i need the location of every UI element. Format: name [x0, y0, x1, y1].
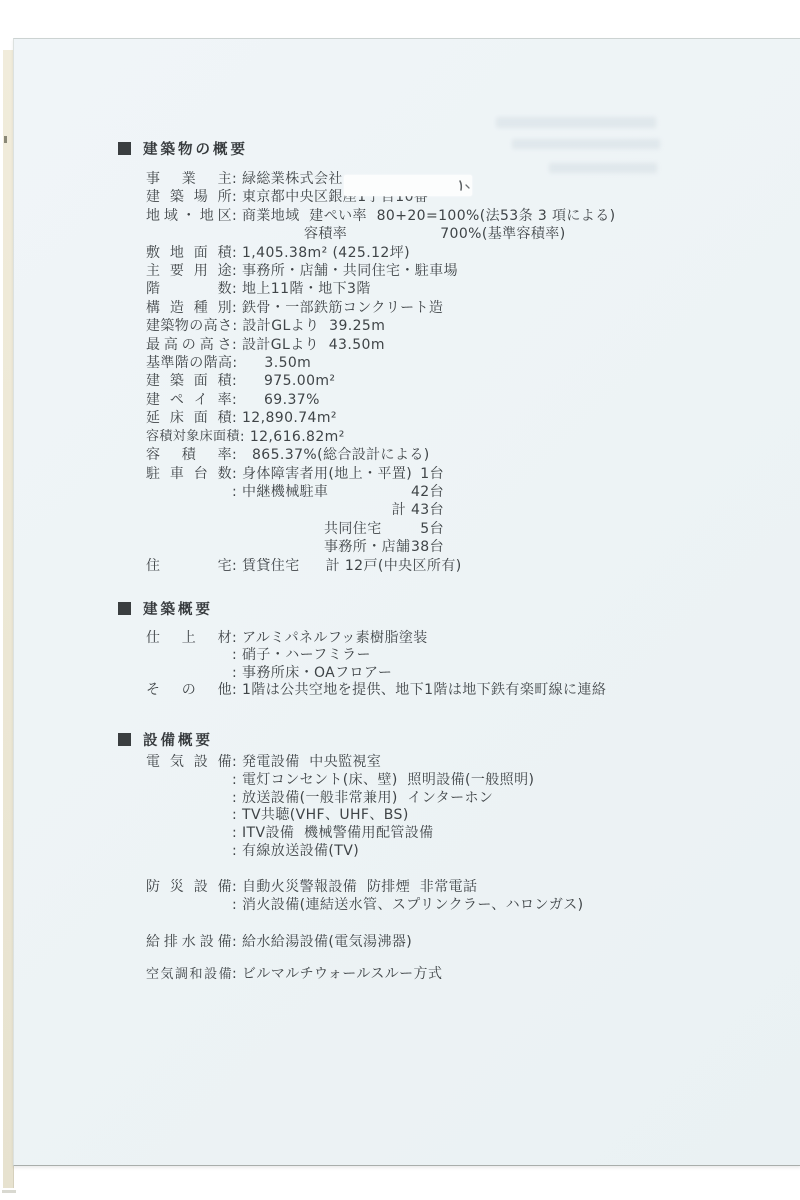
- pen-mark-icon: [456, 178, 472, 194]
- row-floor-area-ratio: 容積率 : 865.37%(総合設計による): [146, 446, 791, 464]
- parking-count: 42台: [411, 483, 444, 501]
- row-value: 地上11階・地下3階: [242, 280, 371, 298]
- square-bullet-icon: [118, 602, 131, 615]
- row-value-cell: : 自動火災警報設備 防排煙 非常電話 : 消火設備(連結送水管、スプリンクラー…: [232, 879, 791, 915]
- colon: :: [232, 790, 242, 808]
- colon: :: [232, 754, 242, 772]
- colon: :: [232, 170, 242, 188]
- row-value: TV共聴(VHF、UHF、BS): [242, 807, 409, 825]
- row-plumbing: 給排水設備 : 給水給湯設備(電気湯沸器): [146, 934, 791, 952]
- colon: :: [232, 280, 242, 298]
- parking-item: 共同住宅: [324, 520, 382, 538]
- row-housing: 住宅 : 賃貸住宅 計 12戸(中央区所有): [146, 557, 791, 575]
- row-value-cell: : 1,405.38m² (425.12坪): [232, 244, 791, 262]
- zoning-far-label: 容積率: [304, 225, 347, 243]
- row-label: 仕上材: [146, 630, 232, 647]
- bleed-through-artifact: [512, 139, 660, 149]
- row-far-floor-area: 容積対象床面積 : 12,616.82m²: [146, 428, 791, 446]
- parking-count: 1台: [420, 465, 444, 483]
- section-header-building-outline: 建築物の概要: [118, 138, 248, 159]
- colon: :: [232, 682, 242, 699]
- row-value-cell: : 12,616.82m²: [240, 428, 791, 446]
- parking-count: 38台: [411, 538, 444, 556]
- section-header-construction-outline: 建築概要: [118, 598, 213, 619]
- row-value: 硝子・ハーフミラー: [242, 647, 371, 664]
- row-value: 設計GLより 43.50m: [242, 336, 385, 354]
- colon: :: [232, 446, 242, 464]
- colon: :: [232, 772, 242, 790]
- row-parking: 駐車台数 : 身体障害者用(地上・平置) 1台 : 中継機械駐車 42台: [146, 465, 791, 557]
- colon: :: [232, 825, 242, 843]
- colon: :: [232, 630, 242, 647]
- colon-spacer: [232, 501, 242, 519]
- colon: :: [240, 428, 250, 446]
- row-value-cell: : 12,890.74m²: [232, 409, 791, 427]
- row-label: 建築面積: [146, 372, 232, 390]
- row-value-cell: : 975.00m²: [232, 372, 791, 390]
- row-value: 賃貸住宅: [242, 557, 300, 575]
- colon-spacer: [232, 225, 242, 243]
- parking-count: 5台: [420, 520, 444, 538]
- row-label: 基準階の階高: [146, 354, 232, 372]
- row-label: 防災設備: [146, 879, 232, 897]
- row-coverage-ratio: 建ペイ率 : 69.37%: [146, 391, 791, 409]
- row-label: 空気調和設備: [146, 966, 232, 984]
- colon: :: [232, 354, 242, 372]
- colon: :: [232, 188, 242, 206]
- row-value-cell: : 東京都中央区銀座1丁目10番: [232, 188, 791, 206]
- section-title: 設備概要: [143, 729, 213, 750]
- row-value: 給水給湯設備(電気湯沸器): [242, 934, 412, 952]
- row-label: 敷地面積: [146, 244, 232, 262]
- row-label: 事業主: [146, 170, 232, 188]
- paper-sheet: 建築物の概要 事業主 : 緑総業株式会社 建築場所 : 東京都中央区銀座1丁目1…: [13, 38, 800, 1166]
- row-value-cell: : 緑総業株式会社: [232, 170, 791, 188]
- row-building-height: 建築物の高さ : 設計GLより 39.25m: [146, 317, 791, 335]
- colon: :: [232, 262, 242, 280]
- colon: :: [232, 207, 242, 225]
- colon: :: [232, 299, 242, 317]
- row-value-cell: : 賃貸住宅 計 12戸(中央区所有): [232, 557, 791, 575]
- parking-item: 中継機械駐車: [242, 483, 328, 501]
- row-value-cell: : アルミパネルフッ素樹脂塗装 : 硝子・ハーフミラー : 事務所床・OAフロア…: [232, 630, 791, 682]
- row-label: その他: [146, 682, 232, 699]
- scan-speck: [2, 1190, 16, 1193]
- row-value: 975.00m²: [242, 372, 335, 390]
- row-others: その他 : 1階は公共空地を提供、地下1階は地下鉄有楽町線に連絡: [146, 682, 791, 699]
- colon: :: [232, 843, 242, 861]
- colon: :: [232, 244, 242, 262]
- row-max-height: 最高の高さ : 設計GLより 43.50m: [146, 336, 791, 354]
- row-value: 電灯コンセント(床、壁) 照明設備(一般照明): [242, 772, 534, 790]
- colon: :: [232, 465, 242, 483]
- row-value: ビルマルチウォールスルー方式: [242, 966, 442, 984]
- row-value-cell: : 商業地域 建ぺい率 80+20=100%(法53条 3 項による) 容積率 …: [232, 207, 791, 244]
- square-bullet-icon: [118, 142, 131, 155]
- row-label: 建ペイ率: [146, 391, 232, 409]
- parking-item: 身体障害者用(地上・平置): [242, 465, 412, 483]
- colon: :: [232, 317, 242, 335]
- row-label: 主要用途: [146, 262, 232, 280]
- row-value: 放送設備(一般非常兼用) インターホン: [242, 790, 493, 808]
- row-value-cell: : 給水給湯設備(電気湯沸器): [232, 934, 791, 952]
- row-label: 駐車台数: [146, 465, 232, 483]
- redaction-box: [344, 175, 472, 196]
- housing-total: 計 12戸(中央区所有): [326, 557, 462, 575]
- row-finish-materials: 仕上材 : アルミパネルフッ素樹脂塗装 : 硝子・ハーフミラー : 事務所床・O…: [146, 630, 791, 682]
- bleed-through-artifact: [496, 117, 656, 128]
- row-label: 容積対象床面積: [146, 428, 240, 446]
- row-value: 自動火災警報設備 防排煙 非常電話: [242, 879, 477, 897]
- row-value: ITV設備 機械警備用配管設備: [242, 825, 434, 843]
- colon: :: [232, 897, 242, 915]
- square-bullet-icon: [118, 733, 131, 746]
- row-value: 緑総業株式会社: [242, 170, 343, 188]
- scan-speck: [4, 136, 7, 143]
- colon: :: [232, 336, 242, 354]
- colon-spacer: [232, 520, 242, 538]
- row-hvac: 空気調和設備 : ビルマルチウォールスルー方式: [146, 966, 791, 984]
- row-label: 地域・地区: [146, 207, 232, 225]
- row-value: 1,405.38m² (425.12坪): [242, 244, 410, 262]
- row-value: 発電設備 中央監視室: [242, 754, 381, 772]
- row-value-cell: : ビルマルチウォールスルー方式: [232, 966, 791, 984]
- row-value: 12,616.82m²: [250, 428, 345, 446]
- section-title: 建築概要: [143, 598, 213, 619]
- colon: :: [232, 391, 242, 409]
- colon: :: [232, 409, 242, 427]
- colon: :: [232, 557, 242, 575]
- row-value: 12,890.74m²: [242, 409, 337, 427]
- row-value-cell: : 身体障害者用(地上・平置) 1台 : 中継機械駐車 42台: [232, 465, 791, 557]
- row-label: 階数: [146, 280, 232, 298]
- row-zoning: 地域・地区 : 商業地域 建ぺい率 80+20=100%(法53条 3 項による…: [146, 207, 791, 244]
- parking-item: 事務所・店舗: [324, 538, 410, 556]
- row-typical-floor-height: 基準階の階高 : 3.50m: [146, 354, 791, 372]
- construction-outline-rows: 仕上材 : アルミパネルフッ素樹脂塗装 : 硝子・ハーフミラー : 事務所床・O…: [146, 630, 791, 700]
- row-label: 延床面積: [146, 409, 232, 427]
- row-fire-protection: 防災設備 : 自動火災警報設備 防排煙 非常電話 : 消火設備(連結送水管、スプ…: [146, 879, 791, 915]
- colon: :: [232, 934, 242, 952]
- row-value-cell: : 865.37%(総合設計による): [232, 446, 791, 464]
- row-value-cell: : 事務所・店舗・共同住宅・駐車場: [232, 262, 791, 280]
- row-value: 有線放送設備(TV): [242, 843, 359, 861]
- row-value: 事務所床・OAフロアー: [242, 665, 392, 682]
- row-label: 建築場所: [146, 188, 232, 206]
- row-value-cell: : 1階は公共空地を提供、地下1階は地下鉄有楽町線に連絡: [232, 682, 791, 699]
- building-outline-rows: 事業主 : 緑総業株式会社 建築場所 : 東京都中央区銀座1丁目10番 地域・地…: [146, 170, 791, 575]
- row-floors: 階数 : 地上11階・地下3階: [146, 280, 791, 298]
- row-building-area: 建築面積 : 975.00m²: [146, 372, 791, 390]
- row-value-cell: : 地上11階・地下3階: [232, 280, 791, 298]
- section-title: 建築物の概要: [143, 138, 248, 159]
- row-total-floor-area: 延床面積 : 12,890.74m²: [146, 409, 791, 427]
- row-label: 給排水設備: [146, 934, 232, 952]
- colon-spacer: [232, 538, 242, 556]
- row-value: 鉄骨・一部鉄筋コンクリート造: [242, 299, 443, 317]
- scanned-document: { "glyphs": { "colon": ":" }, "icons": {…: [0, 0, 800, 1200]
- row-label: 最高の高さ: [146, 336, 232, 354]
- row-value: 商業地域 建ぺい率 80+20=100%(法53条 3 項による): [242, 207, 615, 225]
- row-value-cell: : 鉄骨・一部鉄筋コンクリート造: [232, 299, 791, 317]
- row-value: 1階は公共空地を提供、地下1階は地下鉄有楽町線に連絡: [242, 682, 606, 699]
- row-label: 構造種別: [146, 299, 232, 317]
- row-label: 建築物の高さ: [146, 317, 232, 335]
- row-site-area: 敷地面積 : 1,405.38m² (425.12坪): [146, 244, 791, 262]
- row-value-cell: : 設計GLより 39.25m: [232, 317, 791, 335]
- row-value: 事務所・店舗・共同住宅・駐車場: [242, 262, 458, 280]
- colon: :: [232, 966, 242, 984]
- row-value: 3.50m: [242, 354, 311, 372]
- colon: :: [232, 879, 242, 897]
- zoning-far-value: 700%(基準容積率): [440, 225, 565, 243]
- parking-total: 計 43台: [392, 501, 444, 519]
- row-value-cell: : 設計GLより 43.50m: [232, 336, 791, 354]
- row-value-cell: : 発電設備 中央監視室 : 電灯コンセント(床、壁) 照明設備(一般照明) :…: [232, 754, 791, 861]
- section-header-facilities-outline: 設備概要: [118, 729, 213, 750]
- row-value: アルミパネルフッ素樹脂塗装: [242, 630, 428, 647]
- colon: :: [232, 647, 242, 664]
- row-value: 865.37%(総合設計による): [242, 446, 430, 464]
- colon: :: [232, 807, 242, 825]
- row-electrical: 電気設備 : 発電設備 中央監視室 : 電灯コンセント(床、壁) 照明設備(一般…: [146, 754, 791, 861]
- colon: :: [232, 372, 242, 390]
- row-value-cell: : 69.37%: [232, 391, 791, 409]
- colon: :: [232, 665, 242, 682]
- colon: :: [232, 483, 242, 501]
- facilities-rows: 電気設備 : 発電設備 中央監視室 : 電灯コンセント(床、壁) 照明設備(一般…: [146, 754, 791, 984]
- row-value: 消火設備(連結送水管、スプリンクラー、ハロンガス): [242, 897, 584, 915]
- row-label: 容積率: [146, 446, 232, 464]
- row-value: 69.37%: [242, 391, 320, 409]
- row-label: 電気設備: [146, 754, 232, 772]
- row-structure-type: 構造種別 : 鉄骨・一部鉄筋コンクリート造: [146, 299, 791, 317]
- row-value-cell: : 3.50m: [232, 354, 791, 372]
- row-main-use: 主要用途 : 事務所・店舗・共同住宅・駐車場: [146, 262, 791, 280]
- row-value: 設計GLより 39.25m: [242, 317, 385, 335]
- row-label: 住宅: [146, 557, 232, 575]
